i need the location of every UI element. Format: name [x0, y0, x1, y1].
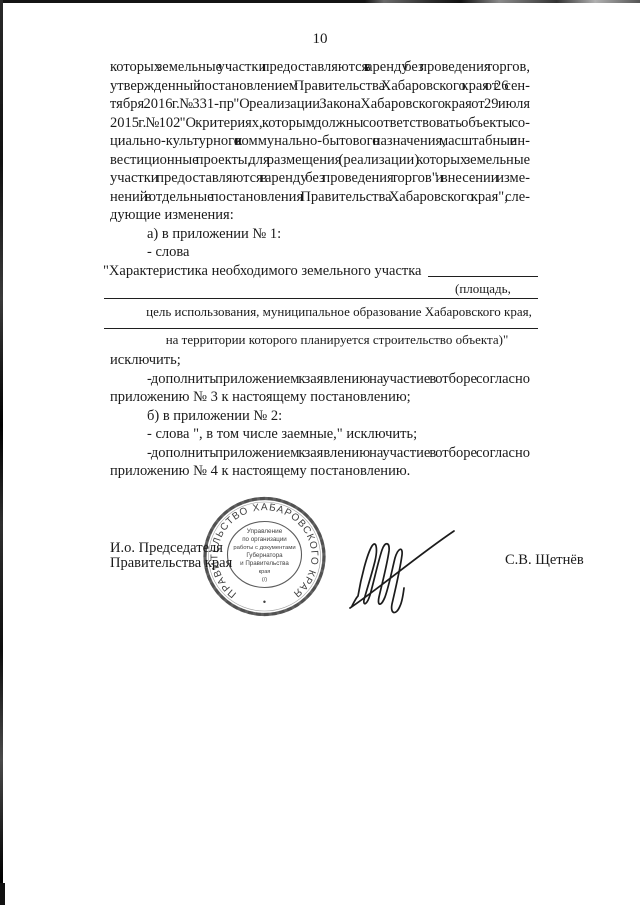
- append-line-continuation: приложению № 4 к настоящему постановлени…: [110, 462, 530, 481]
- svg-text:по организации: по организации: [242, 536, 287, 543]
- page-number: 10: [0, 31, 640, 48]
- svg-text:и Правительства: и Правительства: [240, 560, 289, 567]
- signature-loops: [352, 544, 404, 613]
- document-page: 10 которых земельные участки предоставля…: [0, 0, 640, 905]
- svg-text:края: края: [259, 569, 271, 575]
- slova-exclude-item: - слова ", в том числе заемные," исключи…: [110, 425, 530, 444]
- signer-position-line2: Правительства края: [110, 556, 232, 571]
- caption-purpose-row: цель использования, муниципальное образо…: [104, 299, 538, 329]
- paragraph-line: нений в отдельные постановления Правител…: [110, 188, 530, 207]
- paragraph-line: которых земельные участки предоставляютс…: [110, 58, 530, 77]
- svg-text:работы с документами: работы с документами: [233, 545, 295, 551]
- svg-text:Губернатора: Губернатора: [246, 552, 283, 559]
- signer-position-line1: И.о. Председателя: [110, 541, 232, 556]
- appendix-a-item: а) в приложении № 1:: [110, 225, 530, 244]
- body-text: которых земельные участки предоставляютс…: [110, 58, 530, 481]
- exclude-line: исключить;: [110, 351, 530, 370]
- append-line: - дополнить приложением к заявлению на у…: [110, 370, 530, 389]
- scan-artifact-corner: [0, 883, 5, 905]
- scan-artifact-left-edge: [0, 0, 3, 905]
- append-line: - дополнить приложением к заявлению на у…: [110, 444, 530, 463]
- svg-text:(/): (/): [262, 577, 267, 583]
- appendix-b-item: б) в приложении № 2:: [110, 407, 530, 426]
- paragraph-line: участки предоставляются в аренду без про…: [110, 169, 530, 188]
- caption-area-row: (площадь,: [104, 280, 538, 299]
- scan-artifact-top-edge: [0, 0, 640, 3]
- quote-characteristic-line: "Характеристика необходимого земельного …: [103, 262, 530, 281]
- signer-position: И.о. Председателя Правительства края: [110, 541, 232, 570]
- svg-text:Управление: Управление: [247, 528, 283, 535]
- caption-territory-row: на территории которого планируется строи…: [104, 329, 538, 345]
- caption-area: (площадь,: [455, 281, 511, 296]
- paragraph-last-line: дующие изменения:: [110, 206, 530, 225]
- signer-name: С.В. Щетнёв: [505, 552, 584, 569]
- caption-purpose: цель использования, муниципальное образо…: [146, 304, 532, 319]
- handwritten-signature: [342, 518, 472, 620]
- append-line-continuation: приложению № 3 к настоящему постановлени…: [110, 388, 530, 407]
- paragraph-line: утвержденный постановлением Правительств…: [110, 77, 530, 96]
- stamp-ring-separator: •: [263, 597, 266, 607]
- blank-underline: [428, 262, 539, 278]
- paragraph-line: тября 2016 г. № 331-пр "О реализации Зак…: [110, 95, 530, 114]
- stamp-center-text: Управление по организации работы с докум…: [233, 528, 295, 583]
- paragraph-line: 2015 г. № 102 "О критериях, которым долж…: [110, 114, 530, 133]
- paragraph-line: вестиционные проекты, для размещения (ре…: [110, 151, 530, 170]
- caption-territory: на территории которого планируется строи…: [166, 332, 509, 347]
- paragraph-line: циально-культурного и коммунально-бытово…: [110, 132, 530, 151]
- dash-slova-item: - слова: [110, 243, 530, 262]
- quote-text: "Характеристика необходимого земельного …: [103, 262, 422, 281]
